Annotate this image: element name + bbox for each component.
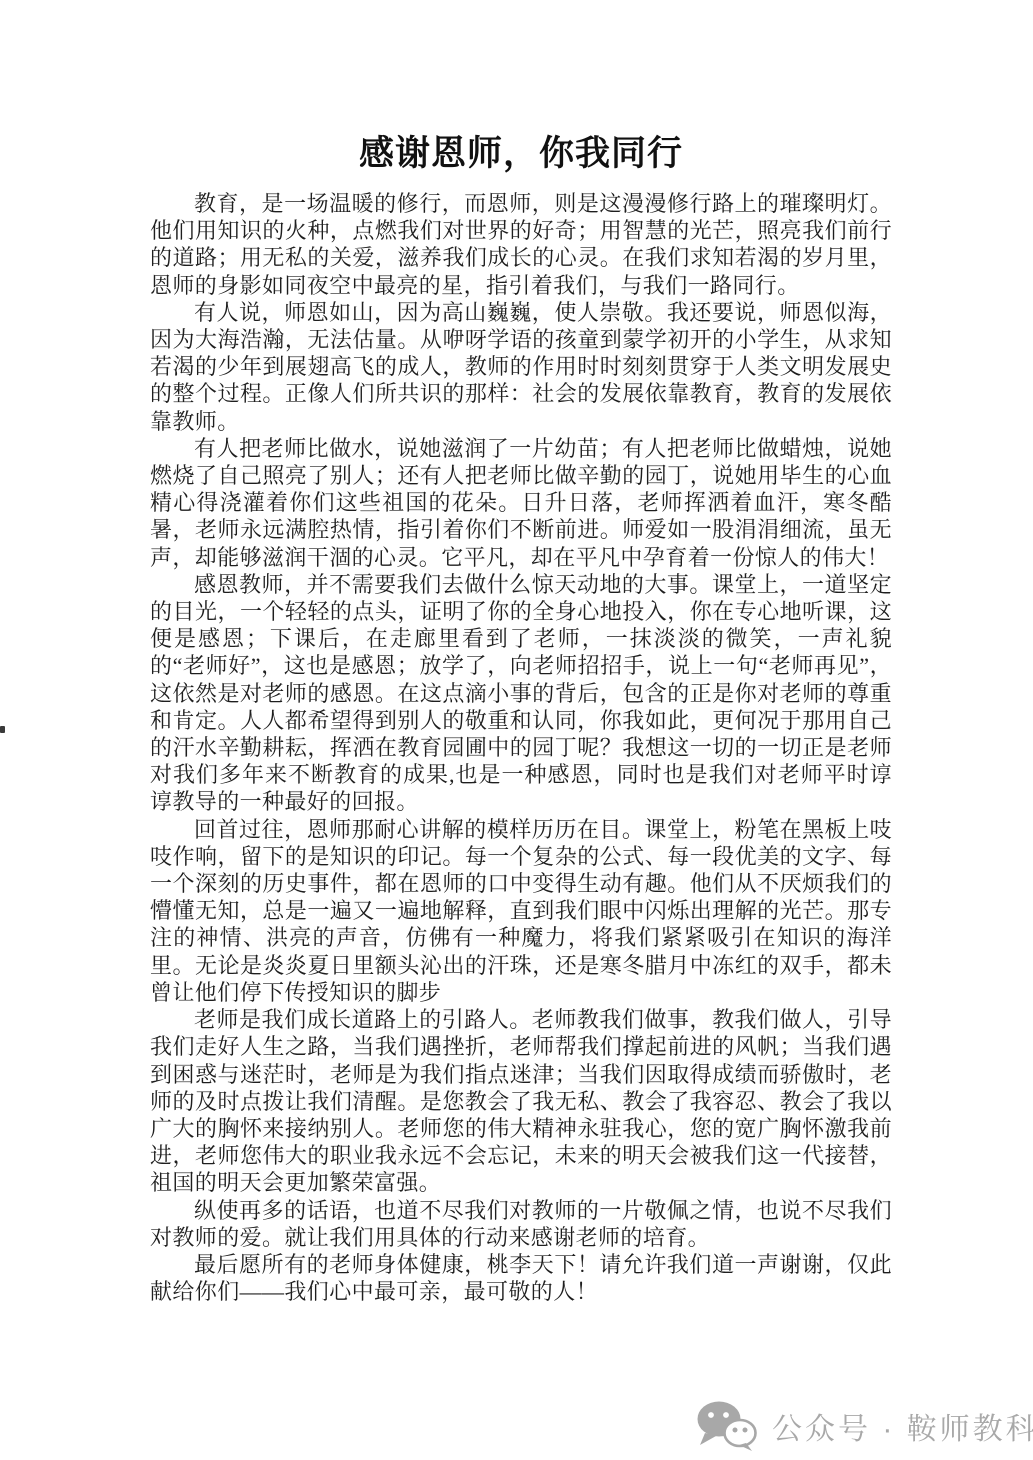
essay-paragraph: 有人把老师比做水，说她滋润了一片幼苗；有人把老师比做蜡烛，说她燃烧了自己照亮了别… xyxy=(150,435,892,571)
watermark-text: 公众号 · 鞍师教科院 xyxy=(772,1404,1033,1448)
essay-paragraph: 最后愿所有的老师身体健康，桃李天下！请允许我们道一声谢谢，仅此献给你们——我们心… xyxy=(150,1251,892,1305)
scan-artifact xyxy=(0,726,5,733)
essay-paragraph: 纵使再多的话语，也道不尽我们对教师的一片敬佩之情，也说不尽我们对教师的爱。就让我… xyxy=(150,1197,892,1251)
watermark: 公众号 · 鞍师教科院 xyxy=(696,1398,1033,1454)
essay-paragraph: 感恩教师，并不需要我们去做什么惊天动地的大事。课堂上，一道坚定的目光，一个轻轻的… xyxy=(150,571,892,816)
wechat-icon xyxy=(696,1399,758,1453)
essay-body: 教育，是一场温暖的修行，而恩师，则是这漫漫修行路上的璀璨明灯。他们用知识的火种，… xyxy=(150,190,892,1305)
essay-paragraph: 有人说，师恩如山，因为高山巍巍，使人崇敬。我还要说，师恩似海，因为大海浩瀚，无法… xyxy=(150,299,892,435)
essay-paragraph: 老师是我们成长道路上的引路人。老师教我们做事，教我们做人，引导我们走好人生之路，… xyxy=(150,1006,892,1196)
essay-paragraph: 教育，是一场温暖的修行，而恩师，则是这漫漫修行路上的璀璨明灯。他们用知识的火种，… xyxy=(150,190,892,299)
document-page: 感谢恩师，你我同行 教育，是一场温暖的修行，而恩师，则是这漫漫修行路上的璀璨明灯… xyxy=(0,0,1033,1460)
essay-title: 感谢恩师，你我同行 xyxy=(150,126,892,176)
essay-content: 感谢恩师，你我同行 教育，是一场温暖的修行，而恩师，则是这漫漫修行路上的璀璨明灯… xyxy=(150,126,892,1305)
essay-paragraph: 回首过往，恩师那耐心讲解的模样历历在目。课堂上，粉笔在黑板上吱吱作响，留下的是知… xyxy=(150,816,892,1006)
